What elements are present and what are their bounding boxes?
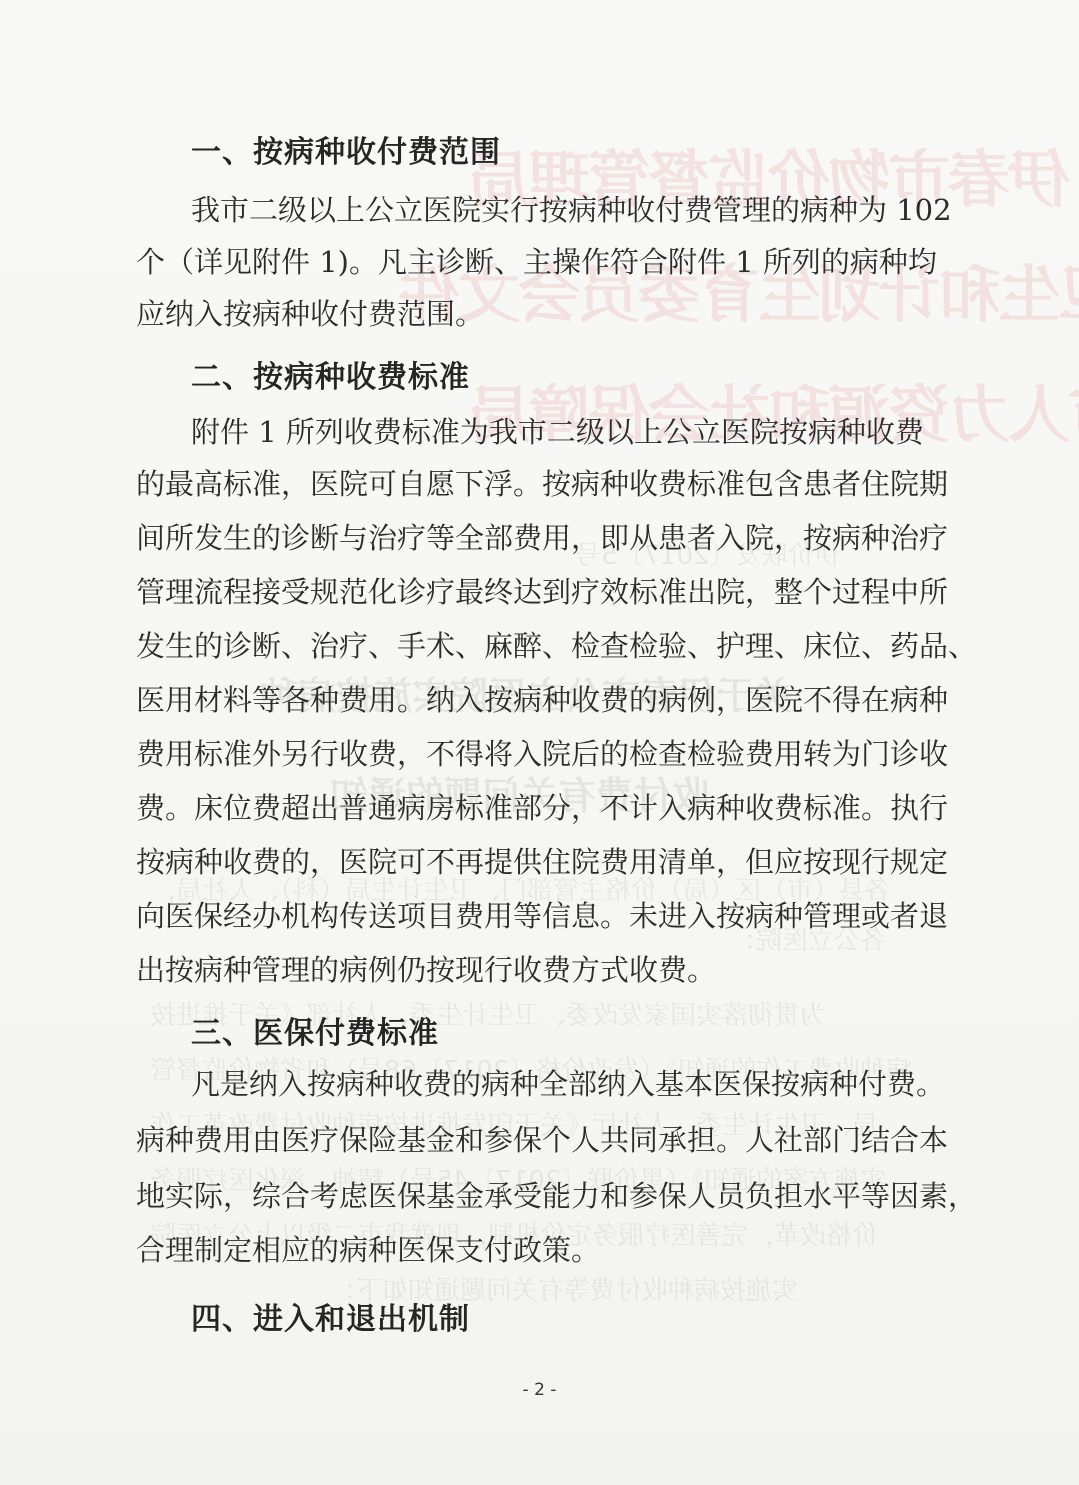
paragraph-line: 应纳入按病种收付费范围。 — [136, 292, 916, 333]
paragraph-line: 间所发生的诊断与治疗等全部费用，即从患者入院，按病种治疗 — [136, 516, 916, 557]
paragraph-line: 合理制定相应的病种医保支付政策。 — [136, 1228, 916, 1269]
page-number: - 2 - — [0, 1380, 1079, 1400]
paragraph-line: 费用标准外另行收费，不得将入院后的检查检验费用转为门诊收 — [136, 732, 916, 773]
paragraph-line: 按病种收费的，医院可不再提供住院费用清单，但应按现行规定 — [136, 840, 916, 881]
section-heading-4: 四、进入和退出机制 — [191, 1294, 470, 1338]
paragraph-line: 出按病种管理的病例仍按现行收费方式收费。 — [136, 948, 916, 989]
paragraph-line: 附件 1 所列收费标准为我市二级以上公立医院按病种收费 — [191, 410, 916, 451]
paragraph-line: 病种费用由医疗保险基金和参保个人共同承担。人社部门结合本 — [136, 1118, 916, 1159]
paragraph-line: 医用材料等各种费用。纳入按病种收费的病例，医院不得在病种 — [136, 678, 916, 719]
paragraph-line: 我市二级以上公立医院实行按病种收付费管理的病种为 102 — [191, 188, 916, 229]
section-heading-3: 三、医保付费标准 — [191, 1008, 439, 1052]
paragraph-line: 地实际，综合考虑医保基金承受能力和参保人员负担水平等因素， — [136, 1174, 916, 1215]
paragraph-line: 个（详见附件 1)。凡主诊断、主操作符合附件 1 所列的病种均 — [136, 240, 916, 281]
paragraph-line: 管理流程接受规范化诊疗最终达到疗效标准出院，整个过程中所 — [136, 570, 916, 611]
paragraph-line: 凡是纳入按病种收费的病种全部纳入基本医保按病种付费。 — [191, 1062, 916, 1103]
paragraph-line: 费。床位费超出普通病房标准部分，不计入病种收费标准。执行 — [136, 786, 916, 827]
paragraph-line: 的最高标准，医院可自愿下浮。按病种收费标准包含患者住院期 — [136, 462, 916, 503]
document-page: 伊春市物价监督管理局 伊春市卫生和计划生育委员会文件 伊春市人力资源和社会保障局… — [0, 0, 1079, 1485]
paragraph-line: 向医保经办机构传送项目费用等信息。未进入按病种管理或者退 — [136, 894, 916, 935]
section-heading-2: 二、按病种收费标准 — [191, 352, 470, 396]
paragraph-line: 发生的诊断、治疗、手术、麻醉、检查检验、护理、床位、药品、 — [136, 624, 916, 665]
section-heading-1: 一、按病种收付费范围 — [191, 127, 501, 171]
